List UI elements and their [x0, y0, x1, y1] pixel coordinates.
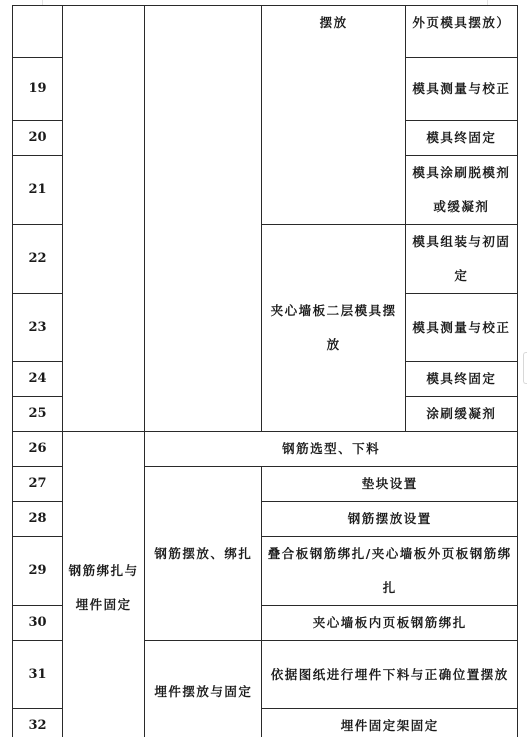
- step-number: 32: [13, 709, 63, 737]
- step-detail: 模具终固定: [405, 121, 517, 156]
- step-detail: 垫块设置: [262, 467, 518, 502]
- table-row: 摆放 外页模具摆放）: [13, 6, 518, 58]
- step-detail: 外页模具摆放）: [405, 6, 517, 58]
- step-detail: 埋件固定架固定: [262, 709, 518, 737]
- step-number: 19: [13, 58, 63, 121]
- step-detail: 模具测量与校正: [405, 294, 517, 362]
- step-number: 20: [13, 121, 63, 156]
- step-detail: 模具组装与初固定: [405, 225, 517, 294]
- step-detail: 依据图纸进行埋件下料与正确位置摆放: [262, 641, 518, 709]
- step-detail: 模具涂刷脱模剂或缓凝剂: [405, 156, 517, 225]
- step-number: 21: [13, 156, 63, 225]
- step-detail: 模具测量与校正: [405, 58, 517, 121]
- step-number: 23: [13, 294, 63, 362]
- process-stage-cell: 钢筋绑扎与埋件固定: [63, 432, 145, 737]
- step-detail: 钢筋选型、下料: [145, 432, 518, 467]
- table-row: 26 钢筋绑扎与埋件固定 钢筋选型、下料: [13, 432, 518, 467]
- step-number: 22: [13, 225, 63, 294]
- step-number: 28: [13, 502, 63, 537]
- process-task-cell: 钢筋摆放、绑扎: [145, 467, 262, 641]
- step-number: 31: [13, 641, 63, 709]
- sub-step-cell: 夹心墙板二层模具摆放: [262, 225, 405, 432]
- step-number: 27: [13, 467, 63, 502]
- step-number: 30: [13, 606, 63, 641]
- step-detail: 夹心墙板内页板钢筋绑扎: [262, 606, 518, 641]
- step-detail: 叠合板钢筋绑扎/夹心墙板外页板钢筋绑扎: [262, 537, 518, 606]
- step-detail: 涂刷缓凝剂: [405, 397, 517, 432]
- step-number: 24: [13, 362, 63, 397]
- step-number: [13, 6, 63, 58]
- process-steps-table: 摆放 外页模具摆放） 19 模具测量与校正 20 模具终固定 21 模具涂刷脱模…: [12, 5, 518, 737]
- step-number: 25: [13, 397, 63, 432]
- step-number: 26: [13, 432, 63, 467]
- process-task-cell: [145, 6, 262, 432]
- step-detail: 模具终固定: [405, 362, 517, 397]
- sub-step-cell: 摆放: [262, 6, 405, 225]
- step-number: 29: [13, 537, 63, 606]
- process-stage-cell: [63, 6, 145, 432]
- process-task-cell: 埋件摆放与固定: [145, 641, 262, 737]
- step-detail: 钢筋摆放设置: [262, 502, 518, 537]
- side-scroll-handle[interactable]: [523, 352, 527, 384]
